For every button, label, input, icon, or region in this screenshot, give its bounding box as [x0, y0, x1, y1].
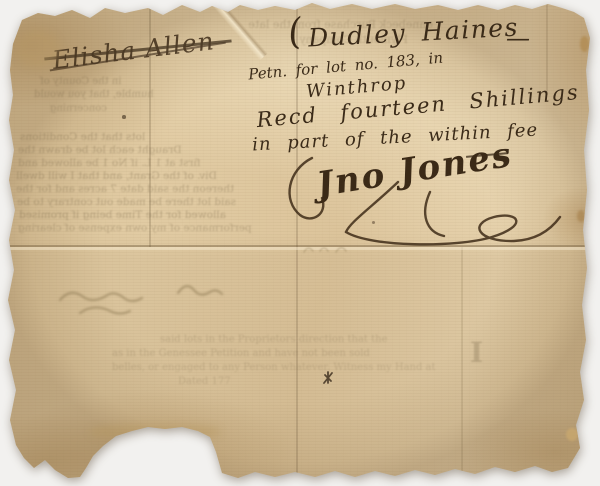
ink-speck	[122, 115, 126, 119]
showthrough-line: concerning	[50, 103, 107, 114]
faint-fold-notation	[300, 243, 360, 257]
edge-stain	[566, 428, 578, 441]
showthrough-paragraph-line: lots that the Conditions	[20, 131, 145, 143]
tear-rim-stain	[90, 424, 220, 440]
showthrough-line: in the County of	[40, 76, 122, 87]
grantee-name: Dudley Haines	[307, 13, 519, 53]
showthrough-bottom-line: said lots in the Proprietors direction t…	[160, 334, 388, 345]
showthrough-bottom-line: Dated 177	[178, 376, 231, 387]
crossed-out-name: Elisha Allen	[51, 26, 216, 75]
showthrough-bottom-line: as in the Genessee Petition and have not…	[112, 348, 370, 359]
showthrough-paragraph-line: Div. of the Grant, and that I will dwell	[16, 170, 217, 182]
faded-ink-smudge	[50, 275, 270, 325]
docket-open-paren: (	[285, 11, 305, 54]
grantee-dash: —	[506, 24, 530, 52]
diagonal-crease	[208, 0, 267, 60]
document-scan: ennebeck Purchase from the late Plymouth…	[0, 0, 600, 486]
showthrough-paragraph-line: said lot there be made out contrary to b…	[17, 196, 236, 208]
showthrough-paragraph-line: first at 1 L. if No 1 be allowed and	[18, 157, 200, 169]
showthrough-paragraph-line: Draught each lot be drawn the	[18, 144, 182, 156]
showthrough-paragraph-line: thereon the said date 7 acres and for th…	[16, 183, 234, 195]
signature-flourish	[278, 140, 578, 248]
edge-stain	[577, 210, 585, 222]
aged-paper-sheet: ennebeck Purchase from the late Plymouth…	[0, 0, 600, 486]
showthrough-drop-cap: I	[470, 336, 483, 369]
showthrough-paragraph-line: performance of my own expense of clearin…	[18, 222, 252, 234]
ink-blot	[320, 370, 336, 386]
vertical-fold-right-lower	[461, 247, 463, 486]
edge-stain	[580, 36, 589, 52]
vertical-fold-top-right	[546, 0, 548, 95]
paper-shadow: ennebeck Purchase from the late Plymouth…	[0, 0, 600, 486]
ink-speck	[372, 221, 375, 224]
corner-stain	[16, 30, 60, 68]
showthrough-line: humble, that you would	[34, 89, 154, 100]
showthrough-bottom-line: belles, or engaged to any Person whateve…	[112, 362, 436, 373]
showthrough-paragraph-line: allowed for the Time being if promised	[19, 209, 226, 221]
